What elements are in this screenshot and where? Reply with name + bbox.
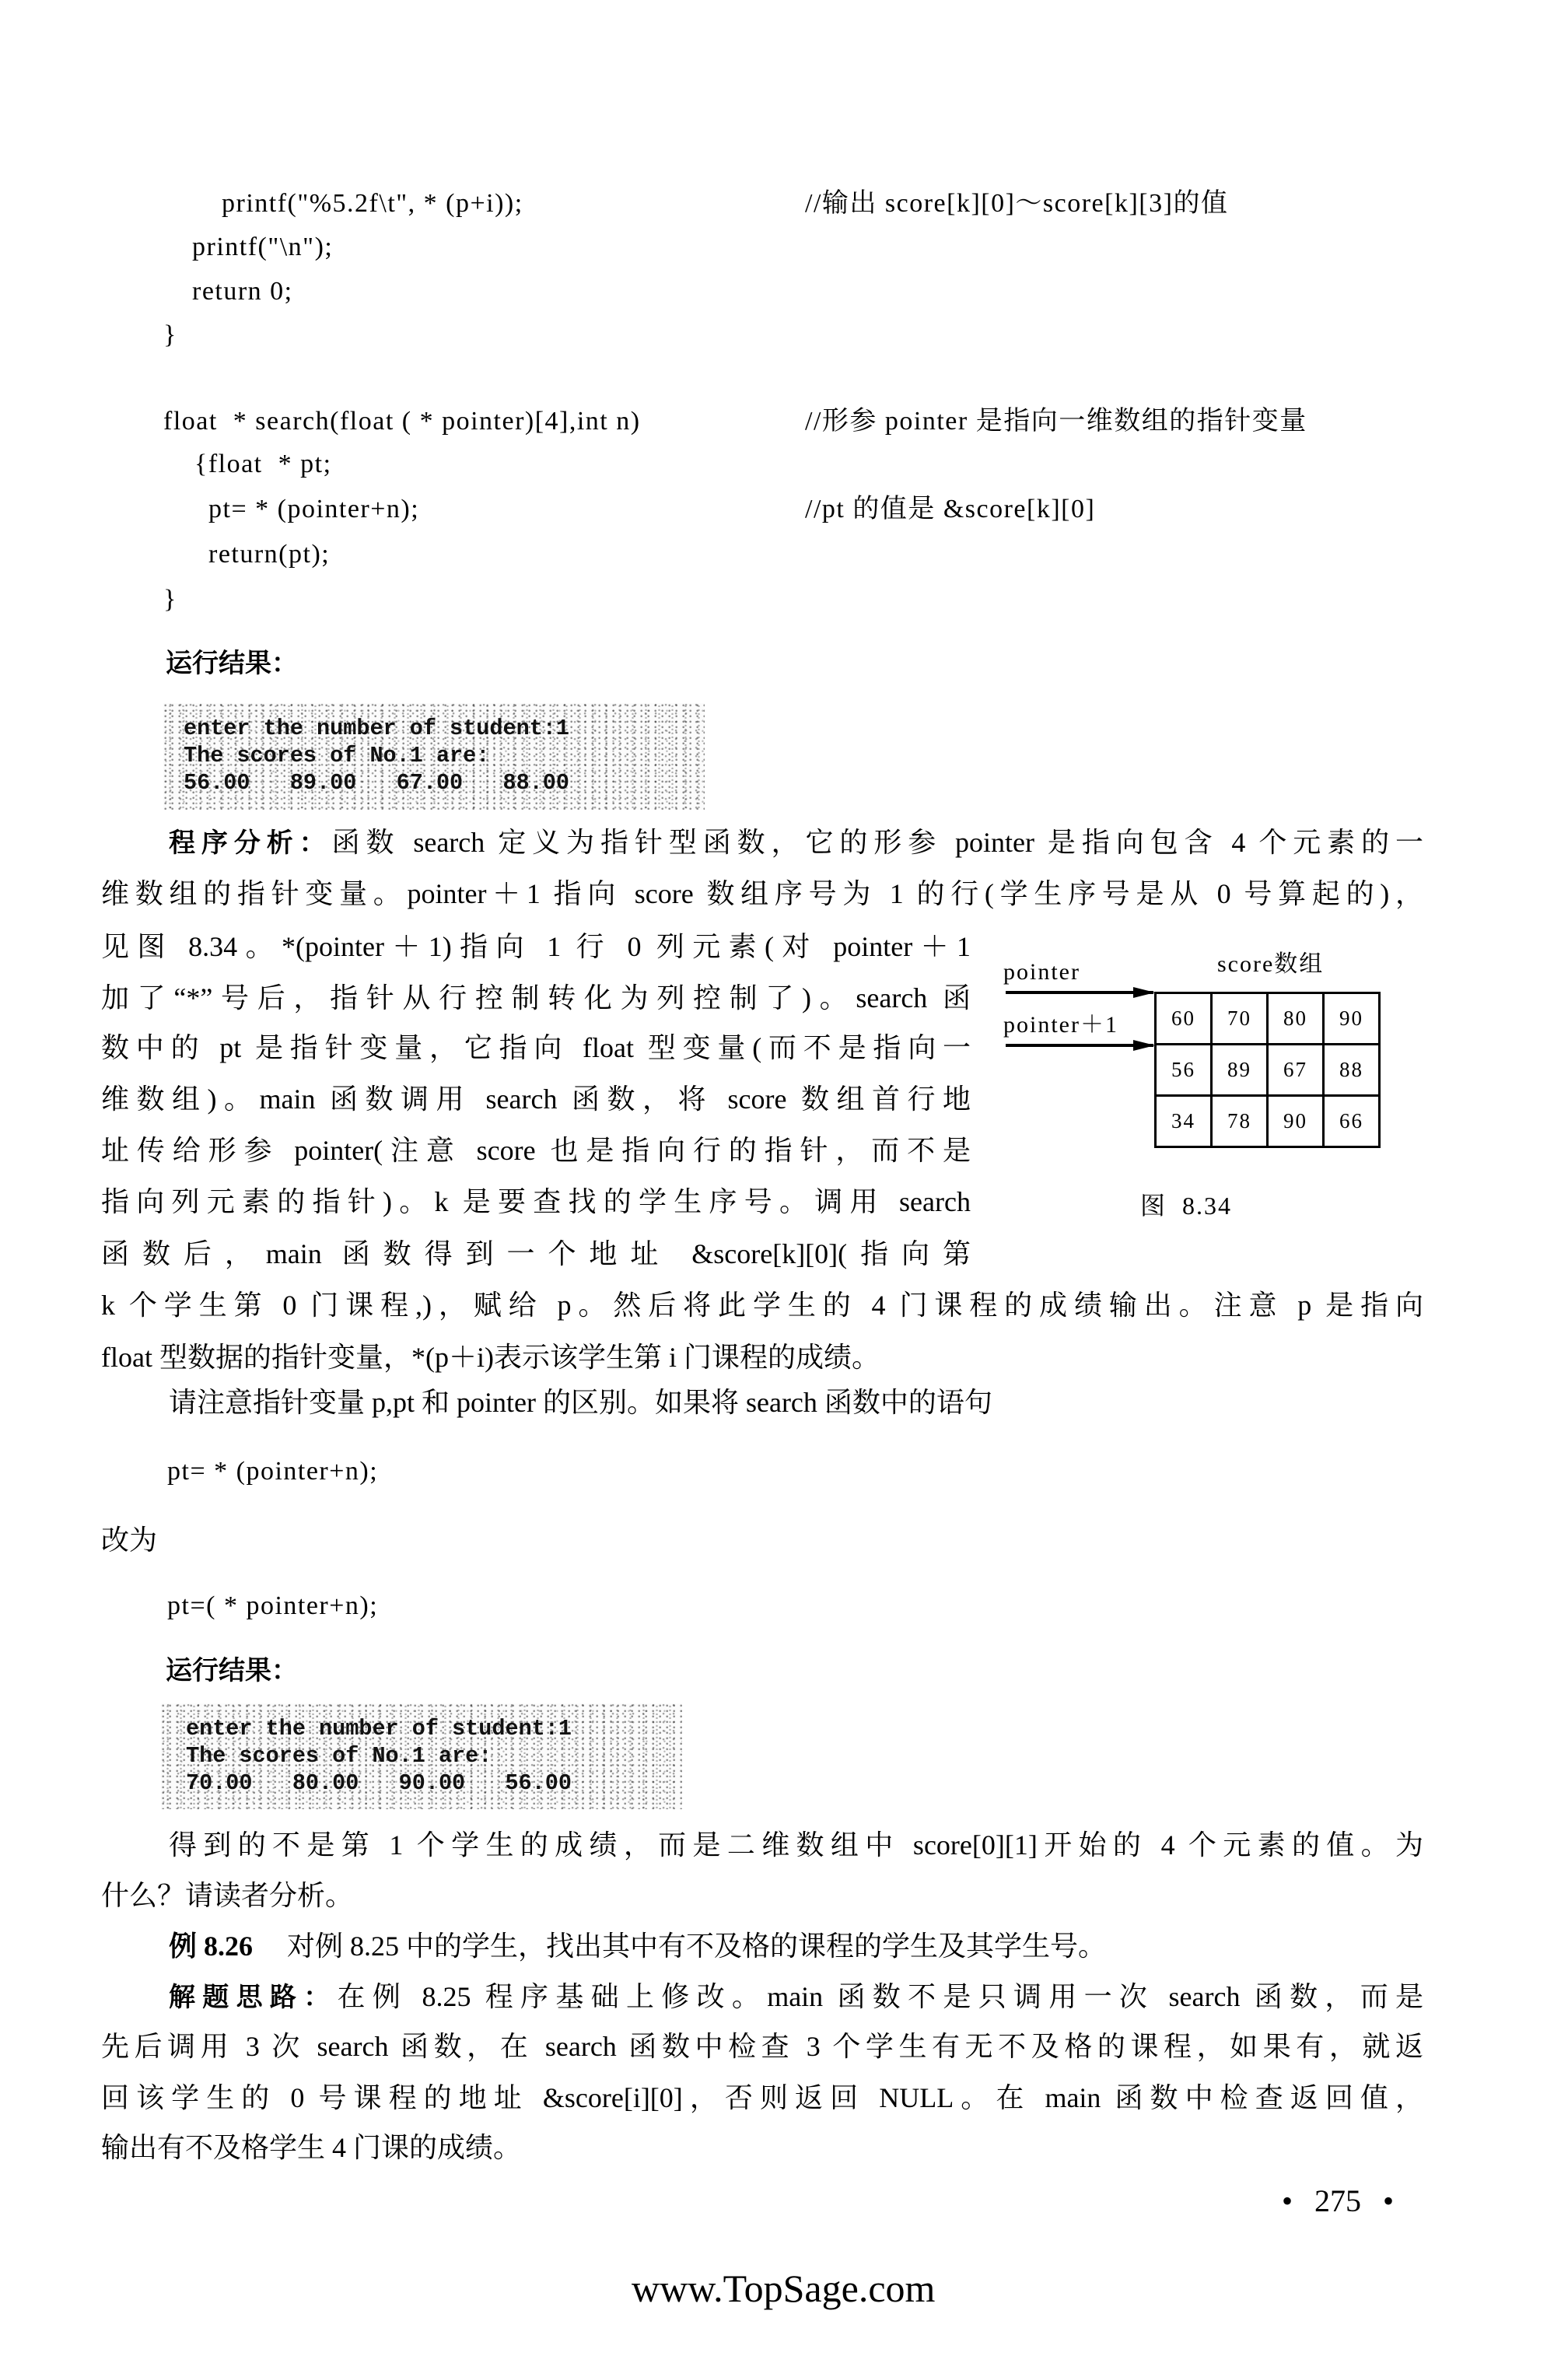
- table-cell: 70: [1212, 993, 1268, 1045]
- watermark: www.TopSage.com: [632, 2265, 935, 2312]
- code-line: printf("%5.2f\t", * (p+i));: [222, 180, 523, 227]
- table-cell: 80: [1268, 993, 1324, 1045]
- paragraph-line: 请注意指针变量 p,pt 和 pointer 的区别。如果将 search 函数…: [169, 1379, 992, 1426]
- analysis-label: 程序分析：: [169, 828, 332, 859]
- table-cell: 88: [1324, 1045, 1380, 1096]
- code-comment: //pt 的值是 &score[k][0]: [805, 486, 1095, 533]
- example-label: 例 8.26: [169, 1931, 253, 1962]
- table-cell: 66: [1324, 1096, 1380, 1147]
- code-line: pt=( * pointer+n);: [167, 1583, 378, 1630]
- paragraph-line: 解题思路：在例 8.25 程序基础上修改。main 函数不是只调用一次 sear…: [169, 1973, 1423, 2020]
- paragraph-line: 见图 8.34。*(pointer＋1)指向 1 行 0 列元素(对 point…: [101, 923, 971, 970]
- table-cell: 67: [1268, 1045, 1324, 1096]
- paragraph-line: 指向列元素的指针)。k 是要查找的学生序号。调用 search: [101, 1178, 971, 1225]
- paragraph-text: 在例 8.25 程序基础上修改。main 函数不是只调用一次 search 函数…: [338, 1981, 1423, 2012]
- table-cell: 60: [1156, 993, 1212, 1045]
- console-output: enter the number of student:1 The scores…: [163, 703, 705, 810]
- figure-caption: 图 8.34: [1140, 1192, 1232, 1220]
- table-row: 60 70 80 90: [1156, 993, 1380, 1045]
- figure-title: score数组: [1217, 950, 1324, 978]
- page-number-bullet-left: •: [1282, 2182, 1293, 2221]
- code-line: pt= * (pointer+n);: [167, 1448, 378, 1495]
- paragraph-line: 加了“*”号后，指针从行控制转化为列控制了)。search 函: [101, 975, 971, 1021]
- paragraph-line: 址传给形参 pointer(注意 score 也是指向行的指针，而不是: [101, 1127, 971, 1174]
- code-line: }: [163, 576, 177, 623]
- page-number-bullet-right: •: [1383, 2182, 1394, 2221]
- paragraph-line: float 型数据的指针变量，*(p＋i)表示该学生第 i 门课程的成绩。: [101, 1334, 880, 1381]
- code-line: return(pt);: [208, 531, 330, 578]
- paragraph-line: 输出有不及格学生 4 门课的成绩。: [101, 2124, 521, 2171]
- arrowhead-icon: [1133, 1040, 1155, 1051]
- code-line: float * search(float ( * pointer)[4],int…: [163, 398, 641, 445]
- solution-label: 解题思路：: [169, 1982, 338, 2013]
- console-line: enter the number of student:1: [186, 1715, 572, 1742]
- console-line: The scores of No.1 are:: [186, 1742, 492, 1770]
- paragraph-text: 函数 search 定义为指针型函数，它的形参 pointer 是指向包含 4 …: [332, 827, 1423, 858]
- example-heading: 例 8.26对例 8.25 中的学生，找出其中有不及格的课程的学生及其学生号。: [169, 1923, 1106, 1969]
- table-cell: 90: [1268, 1096, 1324, 1147]
- console-line: The scores of No.1 are:: [184, 742, 489, 769]
- paragraph-line: 回该学生的 0 号课程的地址 &score[i][0]，否则返回 NULL。在 …: [101, 2074, 1423, 2121]
- paragraph-line: 维数组的指针变量。pointer＋1 指向 score 数组序号为 1 的行(学…: [101, 870, 1423, 917]
- table-cell: 90: [1324, 993, 1380, 1045]
- table-cell: 78: [1212, 1096, 1268, 1147]
- pointer-plus-one-label: pointer＋1: [1003, 1011, 1118, 1039]
- console-line: enter the number of student:1: [184, 715, 569, 742]
- paragraph-line: k 个学生第 0 门课程,)，赋给 p。然后将此学生的 4 门课程的成绩输出。注…: [101, 1282, 1423, 1329]
- paragraph-line: 维数组)。main 函数调用 search 函数，将 score 数组首行地: [101, 1076, 971, 1122]
- table-cell: 34: [1156, 1096, 1212, 1147]
- pointer-label: pointer: [1003, 958, 1080, 986]
- code-line: pt= * (pointer+n);: [208, 486, 419, 533]
- example-text: 对例 8.25 中的学生，找出其中有不及格的课程的学生及其学生号。: [287, 1931, 1106, 1962]
- table-row: 34 78 90 66: [1156, 1096, 1380, 1147]
- paragraph-line: 得到的不是第 1 个学生的成绩，而是二维数组中 score[0][1]开始的 4…: [169, 1822, 1423, 1868]
- book-page: printf("%5.2f\t", * (p+i)); //输出 score[k…: [0, 0, 1568, 2377]
- paragraph-line: 数中的 pt 是指针变量，它指向 float 型变量(而不是指向一: [101, 1024, 971, 1071]
- run-result-heading: 运行结果：: [166, 640, 298, 687]
- paragraph-line: 函数后，main 函数得到一个地址 &score[k][0](指向第: [101, 1231, 971, 1277]
- pointer-arrow: [1006, 991, 1153, 994]
- console-line: 70.00 80.00 90.00 56.00: [186, 1770, 572, 1797]
- page-number: 275: [1314, 2182, 1361, 2221]
- score-array-table: 60 70 80 90 56 89 67 88 34 78 90 66: [1154, 992, 1381, 1148]
- code-line: return 0;: [192, 268, 293, 315]
- console-line: 56.00 89.00 67.00 88.00: [184, 769, 569, 796]
- console-output: enter the number of student:1 The scores…: [161, 1703, 682, 1809]
- pointer-plus-one-arrow: [1006, 1044, 1153, 1047]
- run-result-heading: 运行结果：: [166, 1647, 298, 1694]
- arrowhead-icon: [1133, 987, 1155, 998]
- table-cell: 56: [1156, 1045, 1212, 1096]
- code-comment: //输出 score[k][0]～score[k][3]的值: [805, 180, 1228, 227]
- paragraph-line: 先后调用 3 次 search 函数，在 search 函数中检查 3 个学生有…: [101, 2023, 1423, 2070]
- paragraph-line: 什么？请读者分析。: [101, 1872, 353, 1919]
- table-row: 56 89 67 88: [1156, 1045, 1380, 1096]
- code-line: {float * pt;: [194, 441, 332, 488]
- code-line: }: [163, 312, 177, 359]
- paragraph-line: 改为: [101, 1517, 157, 1563]
- code-line: printf("\n");: [192, 224, 333, 271]
- table-cell: 89: [1212, 1045, 1268, 1096]
- paragraph-line: 程序分析：函数 search 定义为指针型函数，它的形参 pointer 是指向…: [169, 819, 1423, 866]
- code-comment: //形参 pointer 是指向一维数组的指针变量: [805, 398, 1307, 445]
